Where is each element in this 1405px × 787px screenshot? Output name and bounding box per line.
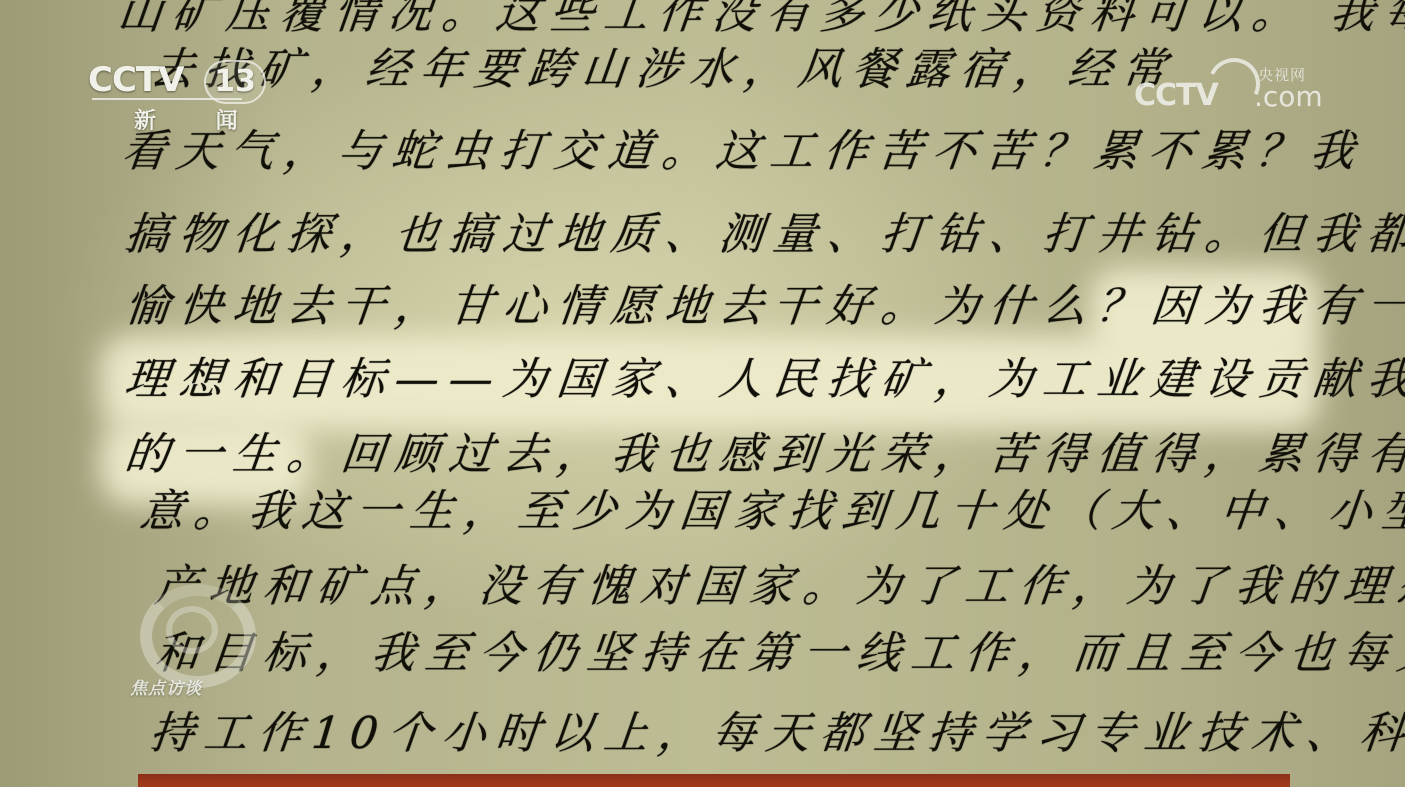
swirl-inner-icon xyxy=(166,606,218,654)
cctv-wordmark: CCTV xyxy=(88,60,183,100)
program-name: 焦点访谈 xyxy=(130,674,202,699)
logo-underline xyxy=(92,98,242,100)
letter-line-4: 搞物化探，也搞过地质、测量、打钻、打井钻。但我都 xyxy=(123,213,1405,257)
jiaodian-fangtan-program-logo: 焦点访谈 xyxy=(126,578,266,698)
letter-line-2: 去找矿，经年要跨山涉水，风餐露宿，经常 xyxy=(148,48,1179,92)
cctv-com-wordmark: CCTV xyxy=(1134,78,1218,113)
letter-line-10: 和目标，我至今仍坚持在第一线工作，而且至今也每天坚 xyxy=(153,632,1405,676)
letter-line-6: 理想和目标——为国家、人民找矿，为工业建设贡献我 xyxy=(123,358,1405,402)
cctv-com-suffix: .com xyxy=(1254,80,1323,113)
letter-line-1: 山矿压覆情况。这些工作没有多少纸头资料可以。 我每年要有50~70天 xyxy=(116,0,1405,36)
letter-line-8: 意。我这一生，至少为国家找到几十处（大、中、小型）矿 xyxy=(138,490,1405,534)
letter-line-9: 产地和矿点，没有愧对国家。为了工作，为了我的理想 xyxy=(153,565,1405,609)
letter-line-7: 的一生。回顾过去，我也感到光荣，苦得值得，累得有 xyxy=(123,433,1405,477)
red-bottom-strip xyxy=(138,774,1290,787)
cctv-com-watermark: CCTV 央视网 .com xyxy=(1130,58,1330,114)
cctv13-channel-logo: CCTV 13 新 闻 xyxy=(88,58,268,138)
channel-name: 新 闻 xyxy=(134,104,264,135)
letter-line-5: 愉快地去干，甘心情愿地去干好。为什么？因为我有一个 xyxy=(123,285,1405,329)
letter-line-11: 持工作10个小时以上，每天都坚持学习专业技术、科学文化 xyxy=(148,712,1405,756)
letter-line-3: 看天气，与蛇虫打交道。这工作苦不苦？累不累？我 xyxy=(120,130,1367,174)
